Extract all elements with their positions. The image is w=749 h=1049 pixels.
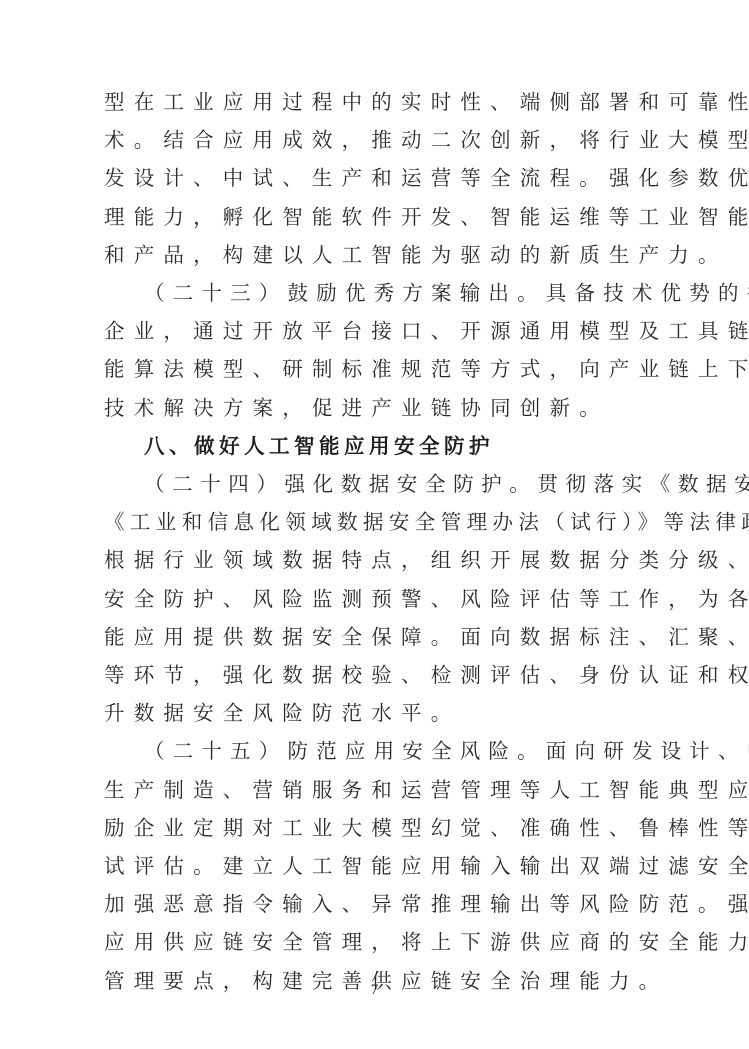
document-body: 型在工业应用过程中的实时性、端侧部署和可靠性等关键技 术。结合应用成效，推动二次… — [104, 83, 652, 1000]
text-line: （二十五）防范应用安全风险。面向研发设计、中试验证、 — [104, 732, 652, 770]
section-heading: 八、做好人工智能应用安全防护 — [104, 427, 652, 465]
paragraph-item-23: （二十三）鼓励优秀方案输出。具备技术优势的行业领军 企业，通过开放平台接口、开源… — [104, 274, 652, 427]
paragraph-item-24: （二十四）强化数据安全防护。贯彻落实《数据安全法》 《工业和信息化领域数据安全管… — [104, 465, 652, 732]
text-line: 技术解决方案，促进产业链协同创新。 — [104, 389, 652, 427]
text-line: 术。结合应用成效，推动二次创新，将行业大模型深度嵌入研 — [104, 121, 652, 159]
text-line: 能算法模型、研制标准规范等方式，向产业链上下游输出整体 — [104, 350, 652, 388]
text-line: 生产制造、营销服务和运营管理等人工智能典型应用场景，鼓 — [104, 771, 652, 809]
text-line: 理能力，孵化智能软件开发、智能运维等工业智能软硬件工具 — [104, 198, 652, 236]
text-line: （二十四）强化数据安全防护。贯彻落实《数据安全法》 — [104, 465, 652, 503]
text-line: 安全防护、风险监测预警、风险评估等工作，为各行业人工智 — [104, 580, 652, 618]
text-line: 发设计、中试、生产和运营等全流程。强化参数优化与知识推 — [104, 159, 652, 197]
text-line: 励企业定期对工业大模型幻觉、准确性、鲁棒性等开展安全测 — [104, 809, 652, 847]
text-line: 企业，通过开放平台接口、开源通用模型及工具链、共享高性 — [104, 312, 652, 350]
page-number: 7 — [0, 982, 749, 999]
text-line: 型在工业应用过程中的实时性、端侧部署和可靠性等关键技 — [104, 83, 652, 121]
text-line: 《工业和信息化领域数据安全管理办法（试行）》等法律政策， — [104, 503, 652, 541]
text-line: 加强恶意指令输入、异常推理输出等风险防范。强化人工智能 — [104, 885, 652, 923]
text-line: 试评估。建立人工智能应用输入输出双端过滤安全监控能力， — [104, 847, 652, 885]
heading-text: 八、做好人工智能应用安全防护 — [144, 427, 652, 465]
text-line: 根据行业领域数据特点，组织开展数据分类分级、全生命周期 — [104, 541, 652, 579]
text-line: 能应用提供数据安全保障。面向数据标注、汇聚、训练、合成 — [104, 618, 652, 656]
text-line: 应用供应链安全管理，将上下游供应商的安全能力纳入合作方 — [104, 923, 652, 961]
text-line: 等环节，强化数据校验、检测评估、身份认证和权限管理，提 — [104, 656, 652, 694]
text-line: 升数据安全风险防范水平。 — [104, 694, 652, 732]
text-line: （二十三）鼓励优秀方案输出。具备技术优势的行业领军 — [104, 274, 652, 312]
document-page: 型在工业应用过程中的实时性、端侧部署和可靠性等关键技 术。结合应用成效，推动二次… — [0, 0, 749, 1049]
paragraph-item-25: （二十五）防范应用安全风险。面向研发设计、中试验证、 生产制造、营销服务和运营管… — [104, 732, 652, 999]
paragraph-continuation: 型在工业应用过程中的实时性、端侧部署和可靠性等关键技 术。结合应用成效，推动二次… — [104, 83, 652, 274]
text-line: 和产品，构建以人工智能为驱动的新质生产力。 — [104, 236, 652, 274]
